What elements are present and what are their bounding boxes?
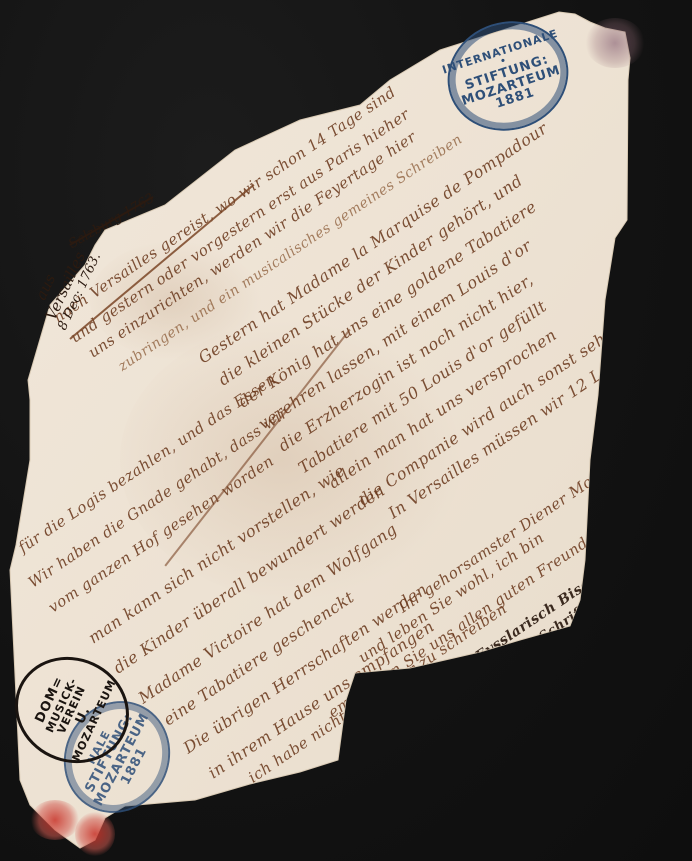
manuscript-sheet: nach Versailles gereist, wo wir schon 14… (0, 0, 692, 861)
letter-line: Wir haben die Gnade gehabt, dass wir (25, 404, 291, 592)
